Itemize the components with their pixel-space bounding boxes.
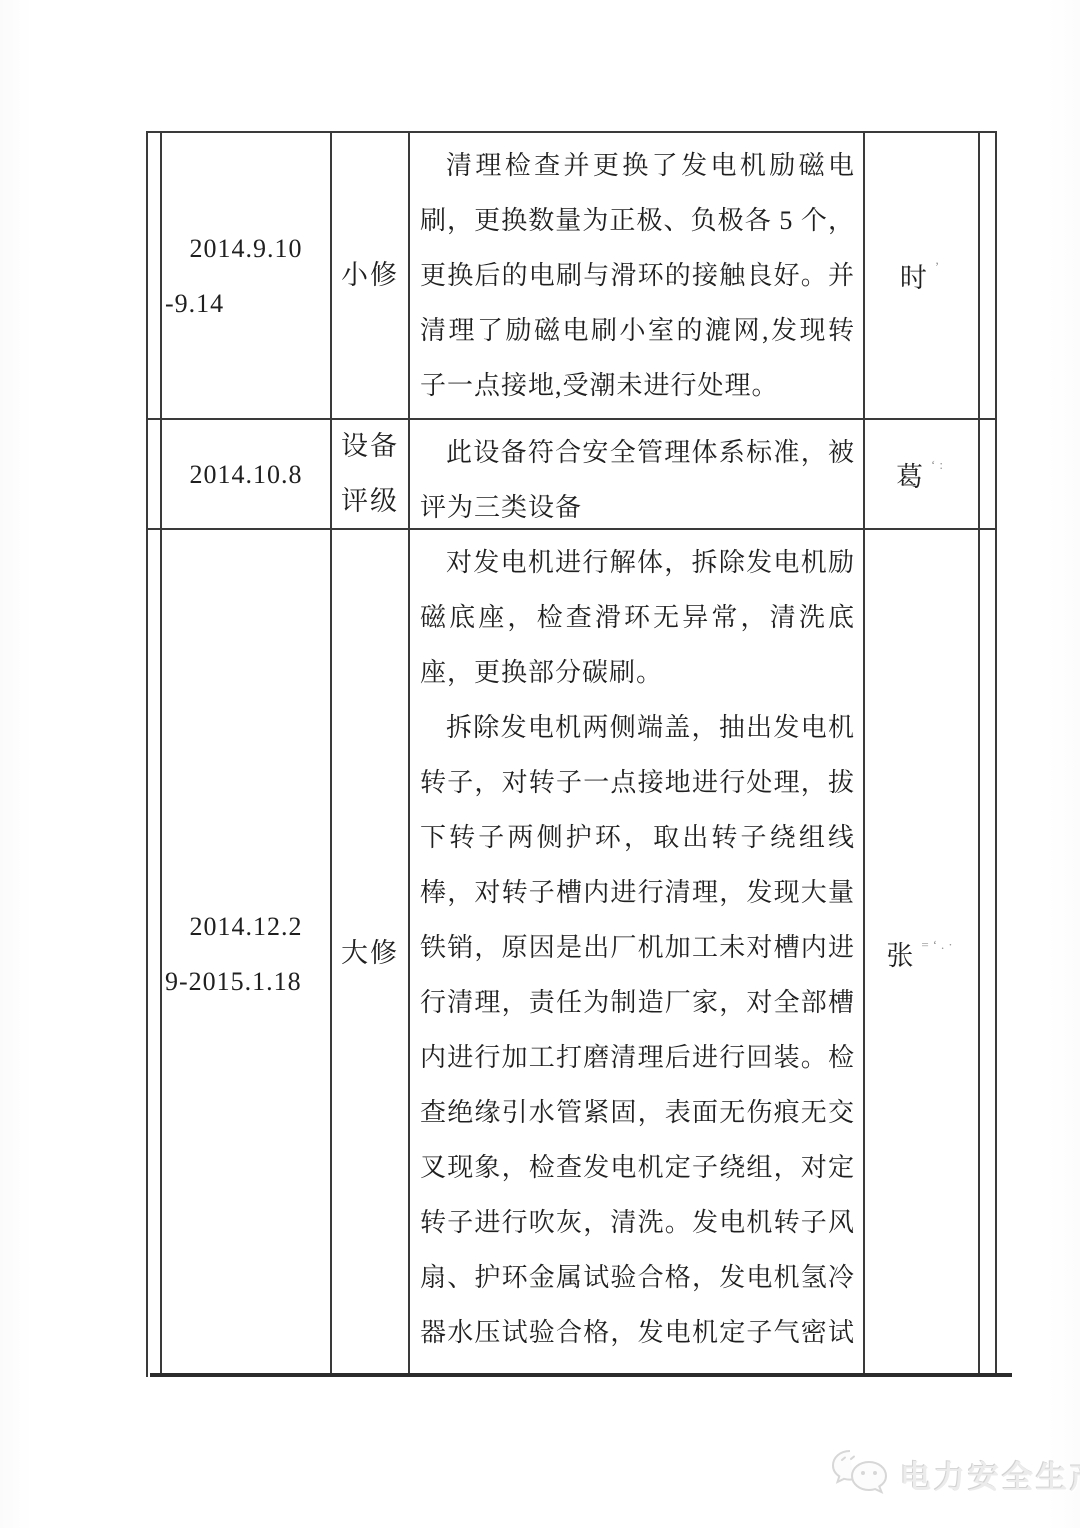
maintenance-record-table: 2014.9.10 -9.14 小修 清理检查并更换了发电机励磁电刷，更换数量为…	[146, 131, 997, 1377]
date-text: -9.14	[162, 276, 330, 331]
repair-type-label: 小修	[332, 248, 408, 303]
description-cell: 对发电机进行解体，拆除发电机励磁底座，检查滑环无异常，清洗底座，更换部分碳刷。 …	[410, 530, 865, 1377]
description-cell: 此设备符合安全管理体系标准，被评为三类设备	[410, 420, 865, 530]
repair-type-cell: 小修	[332, 133, 410, 420]
signer-cell: 时 ’	[865, 133, 980, 420]
signer-cell: 张 =‘.·	[865, 530, 980, 1377]
date-cell: 2014.12.2 9-2015.1.18	[162, 530, 332, 1377]
date-text: 9-2015.1.18	[162, 954, 330, 1009]
left-gutter-cell	[148, 133, 162, 420]
page-cut-rule	[150, 1373, 1012, 1377]
description-paragraph: 此设备符合安全管理体系标准，被评为三类设备	[420, 425, 855, 530]
date-text: 2014.9.10	[162, 221, 330, 276]
signer-name-remnant: ‘:	[931, 457, 947, 473]
date-text: 2014.12.2	[162, 899, 330, 954]
date-cell: 2014.10.8	[162, 420, 332, 530]
date-text: 2014.10.8	[162, 447, 330, 502]
signer-name: 时	[900, 256, 928, 295]
signer-name: 张	[886, 934, 914, 973]
signer-cell: 葛 ‘:	[865, 420, 980, 530]
repair-type-cell: 大修	[332, 530, 410, 1377]
right-gutter-cell	[980, 530, 997, 1377]
right-gutter-cell	[980, 133, 997, 420]
scanned-document-page: 2014.9.10 -9.14 小修 清理检查并更换了发电机励磁电刷，更换数量为…	[0, 0, 1080, 1528]
repair-type-label: 大修	[332, 926, 408, 981]
description-paragraph: 拆除发电机两侧端盖，抽出发电机转子，对转子一点接地进行处理，拔下转子两侧护环，取…	[420, 700, 855, 1377]
repair-type-label: 设备	[332, 420, 408, 474]
left-gutter-cell	[148, 420, 162, 530]
signer-name-remnant: ’	[935, 259, 943, 275]
watermark: 电力安全生产	[830, 1448, 1080, 1500]
wechat-icon	[830, 1448, 892, 1500]
description-cell: 清理检查并更换了发电机励磁电刷，更换数量为正极、负极各 5 个，更换后的电刷与滑…	[410, 133, 865, 420]
watermark-label: 电力安全生产	[900, 1452, 1080, 1497]
repair-type-cell: 设备 评级	[332, 420, 410, 530]
signer-name: 葛	[896, 455, 924, 494]
left-gutter-cell	[148, 530, 162, 1377]
signer-name-remnant: =‘.·	[921, 937, 956, 953]
date-cell: 2014.9.10 -9.14	[162, 133, 332, 420]
description-paragraph: 清理检查并更换了发电机励磁电刷，更换数量为正极、负极各 5 个，更换后的电刷与滑…	[420, 138, 855, 413]
right-gutter-cell	[980, 420, 997, 530]
description-paragraph: 对发电机进行解体，拆除发电机励磁底座，检查滑环无异常，清洗底座，更换部分碳刷。	[420, 535, 855, 700]
repair-type-label: 评级	[332, 474, 408, 529]
